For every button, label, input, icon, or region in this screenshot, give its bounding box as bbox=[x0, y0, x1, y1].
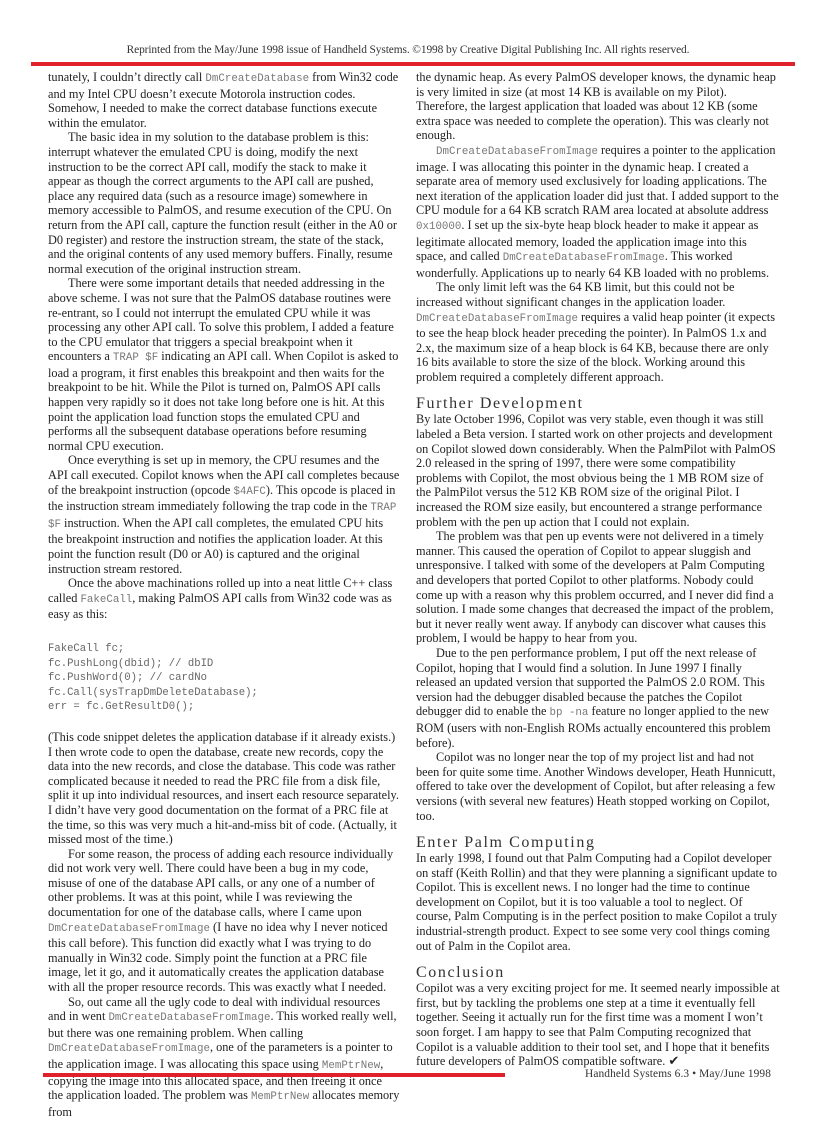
code-line: fc.Call(sysTrapDmDeleteDatabase); bbox=[48, 686, 400, 701]
paragraph: The problem was that pen up events were … bbox=[416, 529, 780, 646]
inline-code: TRAP $F bbox=[113, 352, 158, 364]
right-column: the dynamic heap. As every PalmOS develo… bbox=[416, 70, 780, 1070]
code-line: fc.PushWord(0); // cardNo bbox=[48, 671, 400, 686]
paragraph: Copilot was a very exciting project for … bbox=[416, 981, 780, 1070]
paragraph: Once the above machinations rolled up in… bbox=[48, 576, 400, 622]
paragraph: By late October 1996, Copilot was very s… bbox=[416, 412, 780, 529]
paragraph: tunately, I couldn’t directly call DmCre… bbox=[48, 70, 400, 130]
section-heading-enter-palm-computing: Enter Palm Computing bbox=[416, 835, 780, 851]
paragraph: There were some important details that n… bbox=[48, 276, 400, 453]
page-footer: Handheld Systems 6.3 • May/June 1998 bbox=[585, 1068, 771, 1080]
inline-code: DmCreateDatabaseFromImage bbox=[436, 146, 598, 158]
paragraph: So, out came all the ugly code to deal w… bbox=[48, 995, 400, 1120]
inline-code: FakeCall bbox=[80, 594, 132, 606]
inline-code: MemPtrNew bbox=[322, 1060, 380, 1072]
inline-code: DmCreateDatabaseFromImage bbox=[416, 313, 578, 325]
section-heading-conclusion: Conclusion bbox=[416, 965, 780, 981]
inline-code: DmCreateDatabaseFromImage bbox=[503, 252, 665, 264]
inline-code: $4AFC bbox=[233, 486, 265, 498]
inline-code: DmCreateDatabaseFromImage bbox=[48, 923, 210, 935]
code-line: fc.PushLong(dbid); // dbID bbox=[48, 657, 400, 672]
left-column: tunately, I couldn’t directly call DmCre… bbox=[48, 70, 400, 1119]
paragraph: the dynamic heap. As every PalmOS develo… bbox=[416, 70, 780, 143]
paragraph: The basic idea in my solution to the dat… bbox=[48, 130, 400, 276]
paragraph: The only limit left was the 64 KB limit,… bbox=[416, 280, 780, 384]
paragraph: Due to the pen performance problem, I pu… bbox=[416, 646, 780, 750]
inline-code: DmCreateDatabaseFromImage bbox=[108, 1012, 270, 1024]
paragraph: Once everything is set up in memory, the… bbox=[48, 453, 400, 576]
paragraph: Copilot was no longer near the top of my… bbox=[416, 750, 780, 823]
section-heading-further-development: Further Development bbox=[416, 396, 780, 412]
top-divider-rule bbox=[31, 62, 795, 66]
inline-code: DmCreateDatabaseFromImage bbox=[48, 1043, 210, 1055]
inline-code: DmCreateDatabase bbox=[205, 73, 309, 85]
inline-code: 0x10000 bbox=[416, 221, 461, 233]
paragraph: DmCreateDatabaseFromImage requires a poi… bbox=[416, 143, 780, 280]
code-line: err = fc.GetResultD0(); bbox=[48, 700, 400, 715]
inline-code: MemPtrNew bbox=[251, 1091, 309, 1103]
bottom-divider-rule bbox=[43, 1073, 505, 1077]
inline-code: bp -na bbox=[550, 707, 589, 719]
code-listing: FakeCall fc;fc.PushLong(dbid); // dbIDfc… bbox=[48, 642, 400, 715]
code-line: FakeCall fc; bbox=[48, 642, 400, 657]
paragraph: In early 1998, I found out that Palm Com… bbox=[416, 851, 780, 953]
checkmark-icon: ✔ bbox=[668, 1054, 679, 1069]
paragraph: (This code snippet deletes the applicati… bbox=[48, 730, 400, 847]
paragraph: For some reason, the process of adding e… bbox=[48, 847, 400, 995]
reprint-notice: Reprinted from the May/June 1998 issue o… bbox=[0, 44, 816, 56]
